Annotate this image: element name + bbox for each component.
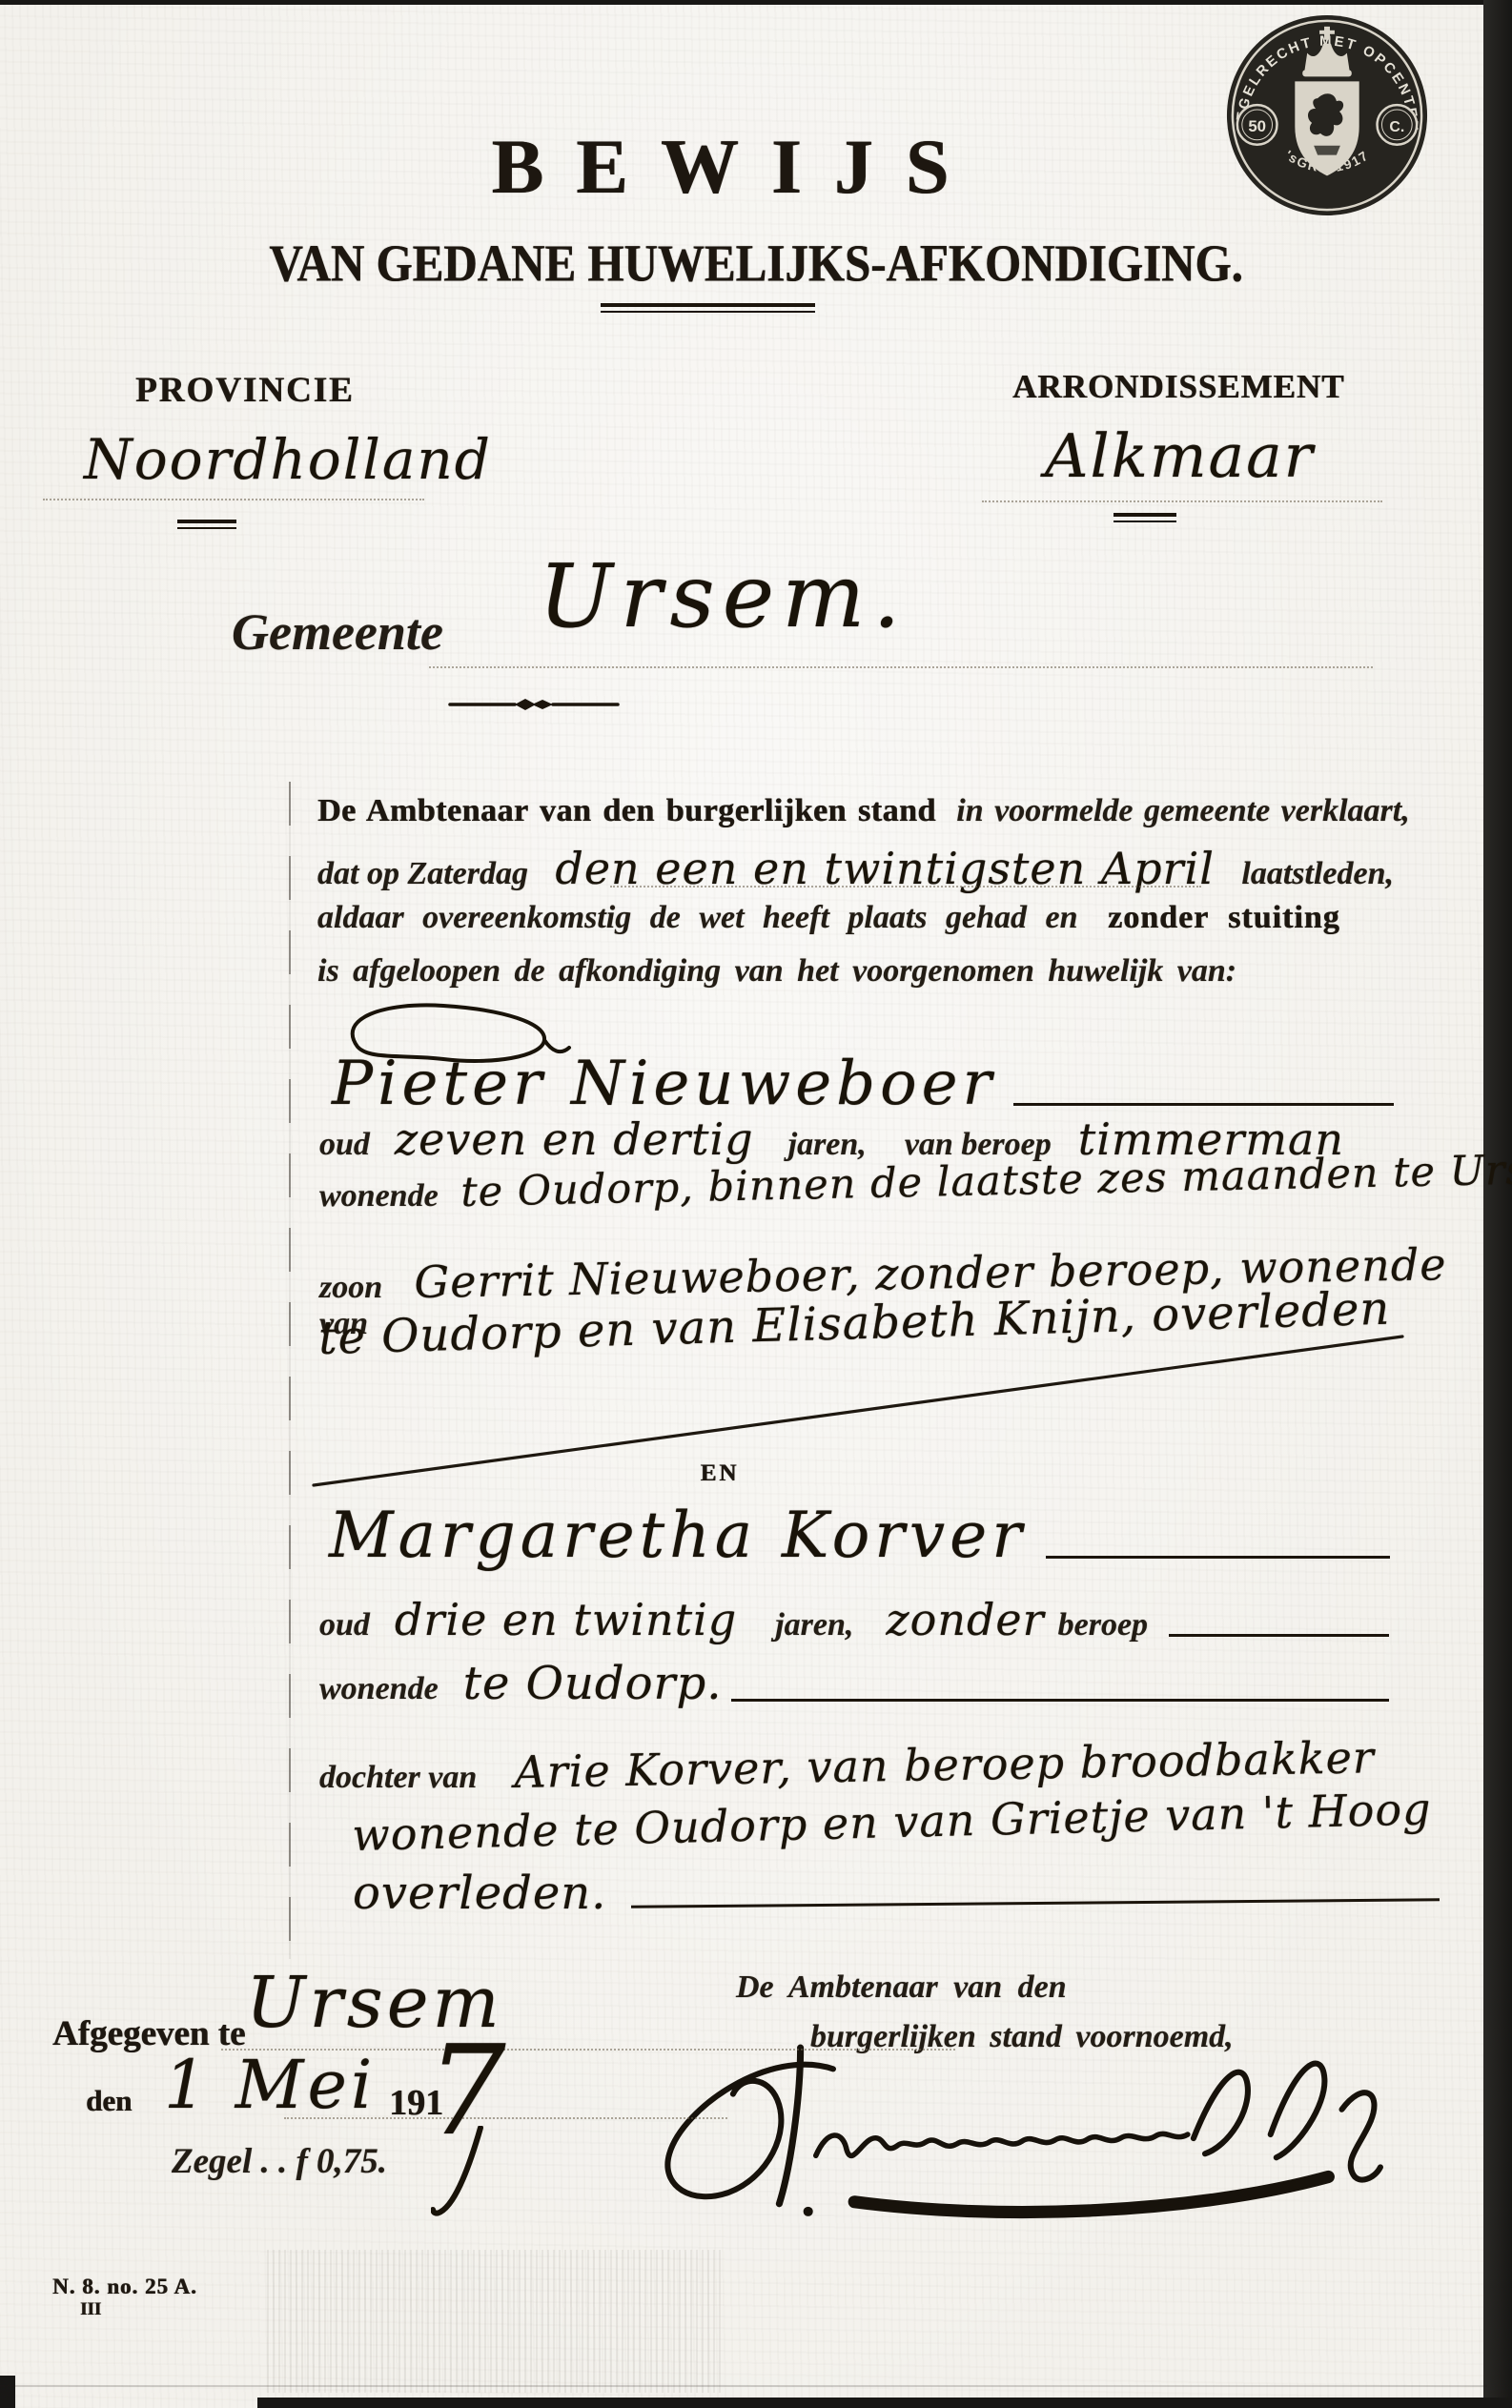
groom-name-row: Pieter Nieuweboer — [332, 1049, 1394, 1119]
seal-value-c-text: C. — [1389, 119, 1404, 135]
scan-edge-bottom — [257, 2398, 1512, 2408]
date-label: den — [86, 2084, 132, 2118]
bride-parents-fill-line — [631, 1898, 1440, 1908]
form-number: N. 8. no. 25 A. — [52, 2275, 197, 2299]
form-number-sub: III — [80, 2299, 101, 2320]
province-value: Noordholland — [84, 427, 492, 492]
bride-residence-fill-line — [731, 1699, 1389, 1702]
connector-en: EN — [667, 1460, 772, 1487]
scan-smudge — [267, 2250, 725, 2393]
gemeente-divider — [448, 696, 620, 713]
declaration-line-2-pre: dat op Zaterdag — [317, 856, 528, 892]
seal-graphic: ZEGELRECHT MET OPCENTEN 'sGR.* 1917 — [1223, 11, 1431, 219]
arrondissement-baseline — [982, 500, 1382, 502]
title-rule — [601, 303, 815, 313]
year-descender-stroke — [431, 2126, 498, 2221]
groom-age-label: oud — [319, 1127, 370, 1163]
declaration-line-2-post: laatstleden, — [1241, 856, 1394, 892]
bride-profession-fill-line — [1169, 1634, 1389, 1637]
scan-edge-top — [0, 0, 1489, 5]
declaration-date-baseline — [610, 885, 1201, 888]
groom-name-fill-line — [1013, 1103, 1394, 1106]
scan-crease-bottom — [0, 2385, 1487, 2387]
bride-age-value: drie en twintig — [395, 1594, 737, 1645]
province-rule — [177, 520, 236, 529]
groom-residence-label: wonende — [319, 1178, 439, 1214]
fold-crease — [289, 782, 291, 1959]
scan-corner-blot — [0, 2376, 15, 2408]
declaration-line-4: is afgeloopen de afkondiging van het voo… — [317, 953, 1394, 990]
province-baseline — [43, 498, 424, 500]
scan-edge-right — [1483, 0, 1512, 2408]
bride-age-row: oud drie en twintig jaren, zonder beroep — [319, 1594, 1389, 1645]
date-day-month: 1 Mei — [164, 2046, 376, 2124]
seal-value-c: C. — [1378, 105, 1418, 145]
strike-through-line — [310, 1329, 1406, 1493]
declaration-line-1-bold: De Ambtenaar van den burgerlijken stand — [317, 793, 936, 828]
gemeente-label: Gemeente — [232, 602, 443, 662]
groom-age-value: zeven en dertig — [395, 1113, 754, 1165]
groom-name: Pieter Nieuweboer — [332, 1049, 996, 1119]
bride-residence-value: te Oudorp. — [463, 1657, 723, 1710]
bride-name-row: Margaretha Korver — [329, 1499, 1390, 1572]
certificate-scan: ZEGELRECHT MET OPCENTEN 'sGR.* 1917 — [0, 0, 1512, 2408]
bride-profession-handwritten: zonder — [886, 1594, 1044, 1645]
bride-parents-line-3: overleden. — [353, 1867, 606, 1920]
declaration-line-1: De Ambtenaar van den burgerlijken stand … — [317, 793, 1394, 829]
official-line-1: De Ambtenaar van den — [736, 1969, 1067, 2006]
bride-residence-label: wonende — [319, 1671, 439, 1707]
declaration-line-3-bold: zonder stuiting — [1108, 900, 1340, 935]
bride-residence-row: wonende te Oudorp. — [319, 1657, 1389, 1710]
declaration-line-1-rest: in voormelde gemeente verklaart, — [956, 793, 1409, 828]
arrondissement-label: ARRONDISSEMENT — [1012, 368, 1345, 406]
document-subtitle: VAN GEDANE HUWELIJKS-AFKONDIGING. — [269, 233, 1242, 294]
seal-value-50-text: 50 — [1248, 117, 1266, 135]
document-title: BEWIJS — [491, 122, 981, 212]
gemeente-value: Ursem. — [539, 545, 909, 647]
bride-parents-label: dochter van — [319, 1760, 477, 1796]
fee-label: Zegel . . f 0,75. — [172, 2141, 387, 2182]
official-signature — [648, 2040, 1392, 2223]
gemeente-baseline — [429, 665, 1373, 668]
bride-profession-label: beroep — [1058, 1607, 1148, 1643]
revenue-stamp-seal: ZEGELRECHT MET OPCENTEN 'sGR.* 1917 — [1223, 11, 1431, 219]
bride-name: Margaretha Korver — [329, 1499, 1027, 1572]
groom-residence-row: wonende te Oudorp, binnen de laatste zes… — [319, 1169, 1394, 1216]
groom-age-suffix: jaren, — [788, 1127, 867, 1163]
bride-age-label: oud — [319, 1607, 370, 1643]
bride-parents-row-3: overleden. — [353, 1867, 1440, 1920]
arrondissement-rule — [1114, 513, 1176, 522]
bride-name-fill-line — [1046, 1556, 1390, 1559]
declaration-line-3: aldaar overeenkomstig de wet heeft plaat… — [317, 900, 1394, 936]
arrondissement-value: Alkmaar — [1045, 421, 1315, 491]
bride-age-suffix: jaren, — [775, 1607, 853, 1643]
declaration-line-3-pre: aldaar overeenkomstig de wet heeft plaat… — [317, 900, 1078, 935]
seal-value-50: 50 — [1237, 105, 1277, 145]
province-label: PROVINCIE — [135, 370, 355, 411]
